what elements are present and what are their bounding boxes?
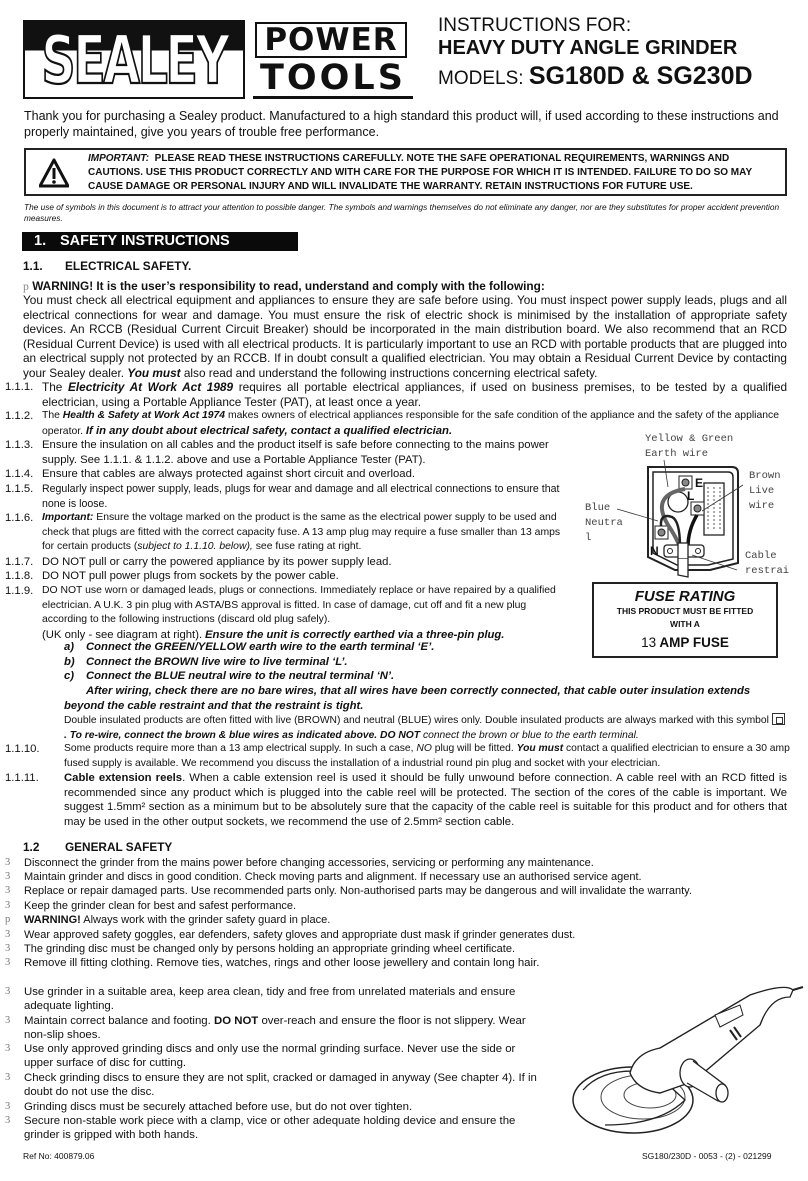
general-safety-item: 3Secure non-stable work piece with a cla… bbox=[5, 1114, 545, 1143]
step-text: Connect the BROWN live wire to live term… bbox=[86, 656, 348, 668]
wiring-step-c: c)Connect the BLUE neutral wire to the n… bbox=[64, 669, 434, 684]
document-code: SG180/230D - 0053 - (2) - 021299 bbox=[642, 1151, 771, 1161]
reference-number: Ref No: 400879.06 bbox=[23, 1151, 94, 1161]
item-text: Wear approved safety goggles, ear defend… bbox=[24, 928, 795, 942]
power-tools-logo-top: POWER bbox=[255, 22, 407, 58]
section-title: SAFETY INSTRUCTIONS bbox=[60, 233, 230, 249]
fuse-amps-label: AMP FUSE bbox=[659, 635, 729, 650]
item-number: 1.1.3. bbox=[5, 438, 33, 453]
general-safety-item: 3Wear approved safety goggles, ear defen… bbox=[5, 928, 795, 942]
bullet-marker-icon: 3 bbox=[5, 928, 10, 942]
item-text: The grinding disc must be changed only b… bbox=[24, 942, 795, 956]
item-text: Maintain grinder and discs in good condi… bbox=[24, 870, 795, 884]
item-text: Maintain correct balance and footing. DO… bbox=[24, 1014, 545, 1043]
step-text: Connect the BLUE neutral wire to the neu… bbox=[86, 670, 394, 682]
bullet-marker-icon: 3 bbox=[5, 956, 10, 970]
item-number: 1.1.4. bbox=[5, 467, 33, 482]
list-item-1-1-5: 1.1.5.Regularly inspect power supply, le… bbox=[5, 482, 565, 511]
bullet-marker-icon: 3 bbox=[5, 870, 10, 884]
para-end: also read and understand the following i… bbox=[184, 366, 598, 380]
product-title: HEAVY DUTY ANGLE GRINDER bbox=[438, 37, 737, 60]
fuse-rating-line2: WITH A bbox=[594, 618, 776, 631]
item-number: 1.1.9. bbox=[5, 584, 33, 599]
symbols-note: The use of symbols in this document is t… bbox=[24, 202, 786, 224]
item-text: Some products require more than a 13 amp… bbox=[64, 743, 414, 754]
svg-text:N: N bbox=[650, 544, 659, 558]
electrical-warning: p WARNING! It is the user’s responsibili… bbox=[23, 279, 787, 294]
item-number: 1.1.2. bbox=[5, 409, 33, 424]
item-number: 1.1.1. bbox=[5, 380, 33, 395]
item-text: Regularly inspect power supply, leads, p… bbox=[42, 482, 565, 511]
item-bold-end: If in any doubt about electrical safety,… bbox=[86, 425, 452, 437]
general-safety-item: 3Maintain grinder and discs in good cond… bbox=[5, 870, 795, 884]
uk-note: (UK only - see diagram at right). bbox=[42, 629, 202, 641]
double-insulated-bold: . To re-wire, connect the brown & blue w… bbox=[64, 730, 420, 741]
after-wiring-note: After wiring, check there are no bare wi… bbox=[64, 684, 789, 713]
item-bold: WARNING! bbox=[24, 914, 81, 926]
subsection-electrical-heading: 1.1.ELECTRICAL SAFETY. bbox=[23, 259, 191, 273]
step-label: c) bbox=[64, 669, 86, 684]
sealey-logo-text: SEALEY bbox=[41, 26, 227, 93]
item-text: WARNING! Always work with the grinder sa… bbox=[24, 913, 795, 927]
subsection-number: 1.1. bbox=[23, 259, 65, 273]
list-item-1-1-4: 1.1.4.Ensure that cables are always prot… bbox=[5, 467, 570, 482]
fuse-rating-amps: 13 AMP FUSE bbox=[594, 635, 776, 650]
important-body: PLEASE READ THESE INSTRUCTIONS CAREFULLY… bbox=[88, 153, 752, 192]
bullet-marker-icon: 3 bbox=[5, 942, 10, 956]
plug-wiring-diagram: E L N bbox=[580, 425, 808, 585]
section-heading-safety: 1.SAFETY INSTRUCTIONS bbox=[22, 232, 298, 251]
double-insulated-text: Double insulated products are often fitt… bbox=[64, 715, 769, 726]
bullet-marker-icon: 3 bbox=[5, 985, 10, 999]
general-safety-item: 3Check grinding discs to ensure they are… bbox=[5, 1071, 545, 1100]
item-number: 1.1.7. bbox=[5, 555, 33, 570]
bullet-marker-icon: 3 bbox=[5, 1071, 10, 1085]
general-safety-item: 3Disconnect the grinder from the mains p… bbox=[5, 856, 795, 870]
warning-triangle-icon bbox=[39, 158, 69, 188]
item-text: Check grinding discs to ensure they are … bbox=[24, 1071, 545, 1100]
item-text: DO NOT pull power plugs from sockets by … bbox=[42, 569, 570, 584]
wiring-steps: a)Connect the GREEN/YELLOW earth wire to… bbox=[64, 640, 434, 684]
warning-marker-icon: p bbox=[23, 279, 29, 293]
power-tools-logo-bottom: TOOLS bbox=[253, 60, 413, 99]
item-pre: The bbox=[42, 410, 60, 421]
item-bold: DO NOT bbox=[214, 1015, 258, 1027]
wiring-step-a: a)Connect the GREEN/YELLOW earth wire to… bbox=[64, 640, 434, 655]
bullet-marker-icon: 3 bbox=[5, 856, 10, 870]
subsection-title: ELECTRICAL SAFETY. bbox=[65, 259, 191, 273]
section-number: 1. bbox=[34, 232, 60, 251]
svg-text:L: L bbox=[687, 489, 694, 503]
item-text: DO NOT use worn or damaged leads, plugs … bbox=[42, 585, 556, 625]
item-number: 1.1.8. bbox=[5, 569, 33, 584]
models-label: MODELS: bbox=[438, 68, 524, 89]
item-text: Use only approved grinding discs and onl… bbox=[24, 1042, 545, 1071]
general-safety-item: 3Use only approved grinding discs and on… bbox=[5, 1042, 545, 1071]
item-bold: Cable extension reels bbox=[64, 772, 182, 784]
general-safety-item: pWARNING! Always work with the grinder s… bbox=[5, 913, 795, 927]
double-insulated-note: Double insulated products are often fitt… bbox=[64, 713, 789, 743]
fuse-amps-value: 13 bbox=[641, 635, 656, 650]
subsection-general-heading: 1.2GENERAL SAFETY bbox=[23, 840, 172, 854]
fuse-rating-box: FUSE RATING THIS PRODUCT MUST BE FITTED … bbox=[592, 582, 778, 658]
important-label: IMPORTANT: bbox=[88, 153, 149, 164]
item-italic: NO bbox=[416, 743, 431, 754]
bullet-marker-icon: 3 bbox=[5, 1042, 10, 1056]
fuse-rating-line1: THIS PRODUCT MUST BE FITTED bbox=[594, 605, 776, 618]
step-text: Connect the GREEN/YELLOW earth wire to t… bbox=[86, 641, 434, 653]
subsection-number: 1.2 bbox=[23, 840, 65, 854]
item-mid: plug will be fitted. bbox=[435, 743, 514, 754]
double-insulated-symbol-icon bbox=[772, 713, 785, 725]
warning-text: WARNING! It is the user’s responsibility… bbox=[32, 279, 545, 293]
bullet-marker-icon: 3 bbox=[5, 1100, 10, 1114]
angle-grinder-illustration bbox=[565, 985, 805, 1155]
item-body: Always work with the grinder safety guar… bbox=[83, 914, 330, 926]
item-text: Replace or repair damaged parts. Use rec… bbox=[24, 884, 795, 898]
item-text: DO NOT pull or carry the powered applian… bbox=[42, 555, 570, 570]
general-safety-item: 3Keep the grinder clean for best and saf… bbox=[5, 899, 795, 913]
item-number: 1.1.10. bbox=[5, 742, 40, 757]
item-bold: Health & Safety at Work Act 1974 bbox=[63, 410, 225, 421]
models-line: MODELS: SG180D & SG230D bbox=[438, 62, 753, 91]
item-text: Secure non-stable work piece with a clam… bbox=[24, 1114, 545, 1143]
item-text: Use grinder in a suitable area, keep are… bbox=[24, 985, 545, 1014]
step-label: b) bbox=[64, 655, 86, 670]
wiring-step-b: b)Connect the BROWN live wire to live te… bbox=[64, 655, 434, 670]
double-insulated-end: connect the brown or blue to the earth t… bbox=[423, 730, 639, 741]
list-item-1-1-9: 1.1.9.DO NOT use worn or damaged leads, … bbox=[5, 584, 570, 643]
item-bold: Important: bbox=[42, 512, 93, 523]
important-notice-text: IMPORTANT: PLEASE READ THESE INSTRUCTION… bbox=[88, 152, 775, 194]
general-safety-item: 3Use grinder in a suitable area, keep ar… bbox=[5, 985, 545, 1014]
general-safety-item: 3Grinding discs must be securely attache… bbox=[5, 1100, 545, 1114]
uk-note-bold: Ensure the unit is correctly earthed via… bbox=[205, 629, 504, 641]
general-safety-item: 3Maintain correct balance and footing. D… bbox=[5, 1014, 545, 1043]
step-label: a) bbox=[64, 640, 86, 655]
list-item-1-1-1: 1.1.1.The Electricity At Work Act 1989 r… bbox=[5, 380, 787, 409]
subsection-title: GENERAL SAFETY bbox=[65, 840, 172, 854]
general-safety-item: 3Remove ill fitting clothing. Remove tie… bbox=[5, 956, 545, 970]
electrical-main-paragraph: You must check all electrical equipment … bbox=[23, 293, 787, 381]
general-safety-item: 3The grinding disc must be changed only … bbox=[5, 942, 795, 956]
item-number: 1.1.6. bbox=[5, 511, 33, 526]
svg-text:E: E bbox=[695, 476, 703, 490]
warning-marker-icon: p bbox=[5, 913, 10, 927]
bullet-marker-icon: 3 bbox=[5, 899, 10, 913]
item-text: Disconnect the grinder from the mains po… bbox=[24, 856, 795, 870]
list-item-1-1-10: 1.1.10.Some products require more than a… bbox=[5, 742, 790, 771]
item-body: Maintain correct balance and footing. bbox=[24, 1015, 211, 1027]
item-italic: subject to 1.1.10. below), bbox=[137, 541, 253, 552]
bullet-marker-icon: 3 bbox=[5, 884, 10, 898]
item-pre: The bbox=[42, 380, 62, 394]
item-text: Ensure the insulation on all cables and … bbox=[42, 438, 570, 467]
sealey-logo: SEALEY bbox=[23, 20, 245, 99]
list-item-1-1-8: 1.1.8.DO NOT pull power plugs from socke… bbox=[5, 569, 570, 584]
fuse-rating-title: FUSE RATING bbox=[594, 588, 776, 605]
bullet-marker-icon: 3 bbox=[5, 1014, 10, 1028]
item-text: Ensure that cables are always protected … bbox=[42, 467, 570, 482]
general-safety-item: 3Replace or repair damaged parts. Use re… bbox=[5, 884, 795, 898]
models-value: SG180D & SG230D bbox=[529, 62, 753, 90]
item-post: see fuse rating at right. bbox=[253, 541, 362, 552]
list-item-1-1-7: 1.1.7.DO NOT pull or carry the powered a… bbox=[5, 555, 570, 570]
list-item-1-1-6: 1.1.6.Important: Ensure the voltage mark… bbox=[5, 511, 565, 555]
item-text: Grinding discs must be securely attached… bbox=[24, 1100, 545, 1114]
important-notice-box: IMPORTANT: PLEASE READ THESE INSTRUCTION… bbox=[24, 148, 787, 196]
list-item-1-1-11: 1.1.11.Cable extension reels. When a cab… bbox=[5, 771, 787, 829]
item-text: Remove ill fitting clothing. Remove ties… bbox=[24, 956, 545, 970]
list-item-1-1-3: 1.1.3.Ensure the insulation on all cable… bbox=[5, 438, 570, 467]
para-must: You must bbox=[127, 366, 180, 380]
item-text: Keep the grinder clean for best and safe… bbox=[24, 899, 795, 913]
bullet-marker-icon: 3 bbox=[5, 1114, 10, 1128]
item-bold: Electricity At Work Act 1989 bbox=[68, 380, 233, 394]
instructions-for-label: INSTRUCTIONS FOR: bbox=[438, 15, 631, 37]
item-bold: You must bbox=[517, 743, 564, 754]
thank-you-text: Thank you for purchasing a Sealey produc… bbox=[24, 108, 784, 140]
item-number: 1.1.5. bbox=[5, 482, 33, 497]
item-number: 1.1.11. bbox=[5, 771, 39, 786]
